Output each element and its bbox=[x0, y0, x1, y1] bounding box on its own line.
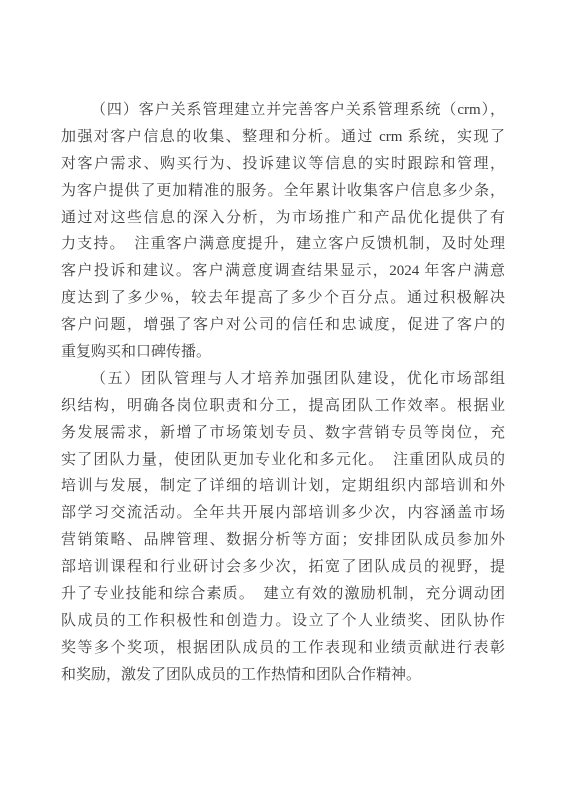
document-page: （四）客户关系管理建立并完善客户关系管理系统（crm）， 加强对客户信息的收集、… bbox=[0, 0, 570, 807]
text-line: 重复购买和口碑传播。 bbox=[61, 339, 505, 366]
text-line: 升了专业技能和综合素质。 建立有效的激励机制，充分调动团 bbox=[61, 581, 505, 608]
text-line: 通过对这些信息的深入分析，为市场推广和产品优化提供了有 bbox=[61, 205, 505, 232]
text-line: 部培训课程和行业研讨会多少次，拓宽了团队成员的视野，提 bbox=[61, 554, 505, 581]
document-text-block: （四）客户关系管理建立并完善客户关系管理系统（crm）， 加强对客户信息的收集、… bbox=[61, 97, 505, 689]
text-line: （五）团队管理与人才培养加强团队建设，优化市场部组 bbox=[61, 366, 505, 393]
paragraph-team-management-talent-development: （五）团队管理与人才培养加强团队建设，优化市场部组 织结构，明确各岗位职责和分工… bbox=[61, 366, 505, 689]
text-line: 织结构，明确各岗位职责和分工，提高团队工作效率。根据业 bbox=[61, 393, 505, 420]
text-line: 客户问题，增强了客户对公司的信任和忠诚度，促进了客户的 bbox=[61, 312, 505, 339]
text-line: 营销策略、品牌管理、数据分析等方面；安排团队成员参加外 bbox=[61, 527, 505, 554]
text-line: 培训与发展，制定了详细的培训计划，定期组织内部培训和外 bbox=[61, 473, 505, 500]
text-line: 和奖励，激发了团队成员的工作热情和团队合作精神。 bbox=[61, 662, 505, 689]
text-line: 部学习交流活动。全年共开展内部培训多少次，内容涵盖市场 bbox=[61, 500, 505, 527]
text-line: 为客户提供了更加精准的服务。全年累计收集客户信息多少条， bbox=[61, 178, 505, 205]
text-line: 度达到了多少%，较去年提高了多少个百分点。通过积极解决 bbox=[61, 285, 505, 312]
text-line: 加强对客户信息的收集、整理和分析。通过 crm 系统，实现了 bbox=[61, 124, 505, 151]
text-line: 奖等多个奖项，根据团队成员的工作表现和业绩贡献进行表彰 bbox=[61, 635, 505, 662]
text-line: （四）客户关系管理建立并完善客户关系管理系统（crm）， bbox=[61, 97, 505, 124]
text-line: 力支持。 注重客户满意度提升，建立客户反馈机制，及时处理 bbox=[61, 231, 505, 258]
text-line: 对客户需求、购买行为、投诉建议等信息的实时跟踪和管理， bbox=[61, 151, 505, 178]
text-line: 务发展需求，新增了市场策划专员、数字营销专员等岗位，充 bbox=[61, 420, 505, 447]
text-line: 客户投诉和建议。客户满意度调查结果显示，2024 年客户满意 bbox=[61, 258, 505, 285]
paragraph-customer-relationship-management: （四）客户关系管理建立并完善客户关系管理系统（crm）， 加强对客户信息的收集、… bbox=[61, 97, 505, 366]
text-line: 队成员的工作积极性和创造力。设立了个人业绩奖、团队协作 bbox=[61, 608, 505, 635]
text-line: 实了团队力量，使团队更加专业化和多元化。 注重团队成员的 bbox=[61, 447, 505, 474]
